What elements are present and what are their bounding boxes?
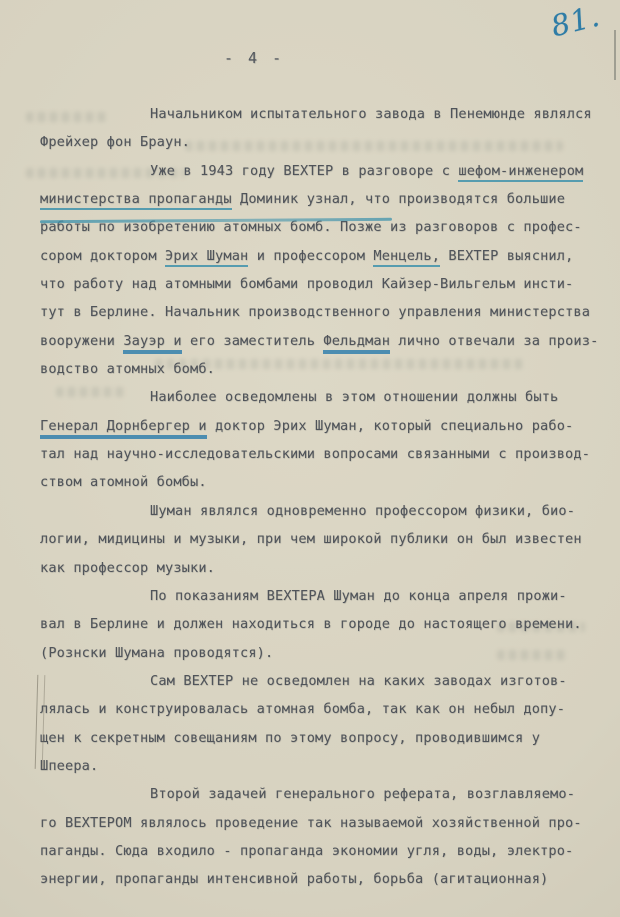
document-line: паганды. Сюда входило - пропаганда эконо… [40, 837, 608, 865]
document-line: тал над научно-исследовательскими вопрос… [40, 440, 608, 468]
text-segment: По показаниям ВЕХТЕРА Шуман до конца апр… [150, 588, 567, 604]
text-segment: лично отвечали за произ- [390, 333, 598, 349]
text-segment: Наиболее осведомлены в этом отношении до… [150, 389, 558, 405]
scan-edge-artifact [614, 30, 616, 80]
text-segment: Фрейхер фон Браун. [40, 134, 190, 150]
document-line: го ВЕХТЕРОМ являлось проведение так назы… [40, 809, 608, 837]
document-line: (Рознски Шумана проводятся). [40, 639, 608, 667]
text-segment: Шпеера. [40, 758, 98, 774]
document-line: энергии, пропаганды интенсивной работы, … [40, 865, 608, 893]
document-line: министерства пропаганды Доминик узнал, ч… [40, 185, 608, 213]
text-segment: энергии, пропаганды интенсивной работы, … [40, 871, 548, 887]
underlined-text: Эрих Шуман [165, 248, 248, 267]
document-line: Шуман являлся одновременно профессором ф… [40, 497, 608, 525]
document-line: ством атомной бомбы. [40, 468, 608, 496]
text-segment: тут в Берлине. Начальник производственно… [40, 304, 590, 320]
underlined-text: Фельдман [323, 333, 390, 354]
underlined-text: Зауэр и [123, 333, 181, 354]
text-segment: Второй задачей генерального реферата, во… [150, 786, 575, 802]
text-segment: ВЕХТЕР выяснил, [440, 248, 573, 264]
text-segment: Уже в 1943 году ВЕХТЕР в разговоре с [150, 163, 458, 179]
text-segment: как профессор музыки. [40, 560, 215, 576]
underlined-text: Менцель, [373, 248, 440, 267]
document-line: По показаниям ВЕХТЕРА Шуман до конца апр… [40, 582, 608, 610]
document-line: вооружени Зауэр и его заместитель Фельдм… [40, 327, 608, 355]
text-segment: его заместитель [182, 333, 324, 349]
text-segment: щен к секретным совещаниям по этому вопр… [40, 730, 540, 746]
text-segment: доктор Эрих Шуман, который специально ра… [207, 418, 574, 434]
text-segment: и профессором [248, 248, 373, 264]
document-line: Второй задачей генерального реферата, во… [40, 780, 608, 808]
page-number: - 4 - [224, 49, 284, 67]
document-line: логии, мидицины и музыки, при чем широко… [40, 525, 608, 553]
text-segment: водство атомных бомб. [40, 361, 215, 377]
underlined-text: Генерал Дорнбергер и [40, 418, 207, 439]
document-line: Шпеера. [40, 752, 608, 780]
text-segment: что работу над атомными бомбами проводил… [40, 276, 573, 292]
text-segment: сором доктором [40, 248, 165, 264]
document-line: Начальником испытательного завода в Пене… [40, 100, 608, 128]
text-segment: ством атомной бомбы. [40, 474, 207, 490]
text-segment: Доминик узнал, что производятся большие [232, 191, 565, 207]
handwritten-page-number: 81. [548, 0, 604, 43]
document-line: щен к секретным совещаниям по этому вопр… [40, 724, 608, 752]
scanned-document-page: 81. - 4 - Начальником испытательного зав… [0, 0, 620, 917]
underlined-text: шефом-инженером [458, 163, 583, 182]
document-line: сором доктором Эрих Шуман и профессором … [40, 242, 608, 270]
document-line: Наиболее осведомлены в этом отношении до… [40, 383, 608, 411]
underlined-text: министерства пропаганды [40, 191, 232, 210]
document-line: вал в Берлине и должен находиться в горо… [40, 610, 608, 638]
text-segment: логии, мидицины и музыки, при чем широко… [40, 531, 582, 547]
text-segment: го ВЕХТЕРОМ являлось проведение так назы… [40, 815, 582, 831]
document-line: что работу над атомными бомбами проводил… [40, 270, 608, 298]
document-line: тут в Берлине. Начальник производственно… [40, 298, 608, 326]
text-segment: паганды. Сюда входило - пропаганда эконо… [40, 843, 573, 859]
document-line: Уже в 1943 году ВЕХТЕР в разговоре с шеф… [40, 157, 608, 185]
document-line: Сам ВЕХТЕР не осведомлен на каких завода… [40, 667, 608, 695]
document-line: Фрейхер фон Браун. [40, 128, 608, 156]
text-segment: вал в Берлине и должен находиться в горо… [40, 616, 582, 632]
document-line: водство атомных бомб. [40, 355, 608, 383]
text-segment: вооружени [40, 333, 123, 349]
text-segment: тал над научно-исследовательскими вопрос… [40, 446, 590, 462]
document-line: Генерал Дорнбергер и доктор Эрих Шуман, … [40, 412, 608, 440]
document-line: лялась и конструировалась атомная бомба,… [40, 695, 608, 723]
text-segment: Начальником испытательного завода в Пене… [150, 106, 592, 122]
text-segment: Шуман являлся одновременно профессором ф… [150, 503, 575, 519]
text-segment: Сам ВЕХТЕР не осведомлен на каких завода… [150, 673, 567, 689]
text-segment: лялась и конструировалась атомная бомба,… [40, 701, 565, 717]
text-segment: (Рознски Шумана проводятся). [40, 645, 273, 661]
document-line: как профессор музыки. [40, 554, 608, 582]
